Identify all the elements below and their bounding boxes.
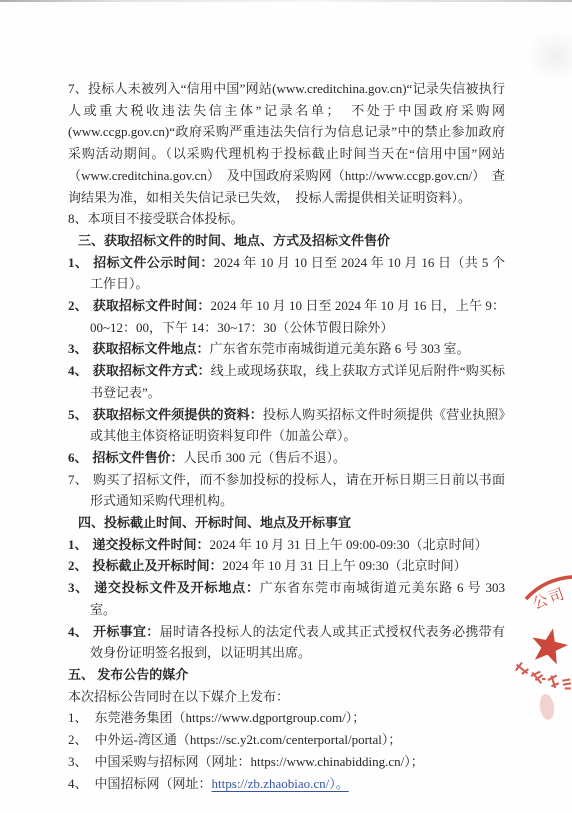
list-item: 6、招标文件售价：人民币 300 元（售后不退）。	[68, 447, 505, 469]
seal-company-text: 公司	[531, 585, 569, 613]
list-item: 1、递交投标文件时间：2024 年 10 月 31 日上午 09:00-09:3…	[68, 534, 505, 556]
item-label: 递交投标文件及开标地点：	[94, 580, 260, 595]
item-number: 3、	[68, 580, 89, 595]
list-item: 2、投标截止及开标时间：2024 年 10 月 31 日上午 09:30（北京时…	[68, 555, 505, 577]
item-number: 3、	[68, 341, 88, 356]
zhaobiao-url-link[interactable]: https://zb.zhaobiao.cn/）。	[212, 776, 349, 791]
item-number: 7、	[68, 472, 88, 487]
list-item: 3、获取招标文件地点：广东省东莞市南城街道元美东路 6 号 303 室。	[68, 338, 505, 360]
item-label: 招标文件公示时间：	[93, 255, 213, 270]
list-item: 4、开标事宜：届时请各投标人的法定代表人或其正式授权代表务必携带有效身份证明签名…	[68, 621, 505, 664]
item-number: 1、	[68, 255, 88, 270]
item-label: 投标截止及开标时间：	[93, 558, 223, 573]
item-number: 2、	[68, 298, 88, 313]
company-seal-stamp: 公司	[505, 565, 572, 730]
seal-ring-characters-smudge	[513, 661, 571, 690]
item-number: 5、	[68, 407, 88, 422]
item-label: 递交投标文件时间：	[93, 537, 210, 552]
item-number: 4、	[68, 624, 88, 639]
media-list-item: 4、中国招标网（网址：https://zb.zhaobiao.cn/）。	[68, 773, 505, 795]
scan-artifact-top-edge	[0, 0, 572, 2]
list-item: 7、购买了招标文件，而不参加投标的投标人，请在开标日期三日前以书面形式通知采购代…	[68, 469, 505, 512]
media-prefix: 中国招标网（网址：	[95, 776, 212, 791]
seal-text: 公司	[531, 585, 569, 613]
item-text: 人民币 300 元（售后不退）。	[184, 450, 347, 465]
scan-artifact-smudge	[526, 28, 572, 83]
seal-star-icon	[528, 625, 571, 666]
section-3-heading: 三、获取招标文件的时间、地点、方式及招标文件售价	[78, 230, 505, 252]
item-text: 2024 年 10 月 31 日上午 09:00-09:30（北京时间）	[210, 537, 488, 552]
list-item: 3、递交投标文件及开标地点：广东省东莞市南城街道元美东路 6 号 303 室。	[68, 577, 505, 620]
media-list-item: 1、东莞港务集团（https://www.dgportgroup.com/）；	[68, 707, 505, 729]
media-list-item: 2、中外运-湾区通（https://sc.y2t.com/centerporta…	[68, 729, 505, 751]
list-item: 5、获取招标文件须提供的资料：投标人购买招标文件时须提供《营业执照》或其他主体资…	[68, 404, 505, 447]
item-text: 广东省东莞市南城街道元美东路 6 号 303 室。	[210, 341, 470, 356]
item-number: 1、	[68, 537, 88, 552]
seal-ring-arc	[526, 577, 572, 599]
item-label: 获取招标文件时间：	[93, 298, 211, 313]
item-number: 1、	[68, 710, 88, 725]
clause-7-text: 7、投标人未被列入“信用中国”网站(www.creditchina.gov.cn…	[68, 78, 505, 208]
list-item: 1、招标文件公示时间：2024 年 10 月 10 日至 2024 年 10 月…	[68, 252, 505, 295]
list-item: 4、获取招标文件方式：线上或现场获取，线上获取方式详见后附件“购买标书登记表”。	[68, 360, 505, 403]
item-label: 获取招标文件须提供的资料：	[93, 407, 263, 422]
item-text: 购买了招标文件，而不参加投标的投标人，请在开标日期三日前以书面形式通知采购代理机…	[90, 472, 505, 509]
clause-8-text: 8、本项目不接受联合体投标。	[68, 208, 505, 230]
item-label: 获取招标文件地点：	[93, 341, 210, 356]
item-text: 2024 年 10 月 31 日上午 09:30（北京时间）	[223, 558, 467, 573]
item-number: 2、	[68, 558, 88, 573]
media-text: 中外运-湾区通（https://sc.y2t.com/centerportal/…	[95, 732, 402, 747]
item-number: 4、	[68, 363, 88, 378]
item-number: 6、	[68, 450, 88, 465]
seal-faded-smudge	[538, 693, 555, 721]
item-number: 4、	[68, 776, 88, 791]
section-4-heading: 四、投标截止时间、开标时间、地点及开标事宜	[78, 512, 505, 534]
media-list-item: 3、中国采购与招标网（网址：https://www.chinabidding.c…	[68, 751, 505, 773]
section-5-intro: 本次招标公告同时在以下媒介上发布：	[68, 686, 505, 708]
section-5-heading: 五、 发布公告的媒介	[68, 664, 505, 686]
media-text: 中国采购与招标网（网址：https://www.chinabidding.cn/…	[95, 754, 424, 769]
item-number: 2、	[68, 732, 88, 747]
item-label: 获取招标文件方式：	[93, 363, 211, 378]
item-label: 招标文件售价：	[93, 450, 184, 465]
list-item: 2、获取招标文件时间：2024 年 10 月 10 日至 2024 年 10 月…	[68, 295, 505, 338]
item-label: 开标事宜：	[93, 624, 159, 639]
media-text: 东莞港务集团（https://www.dgportgroup.com/）；	[95, 710, 366, 725]
document-page: 7、投标人未被列入“信用中国”网站(www.creditchina.gov.cn…	[0, 0, 572, 813]
item-number: 3、	[68, 754, 88, 769]
